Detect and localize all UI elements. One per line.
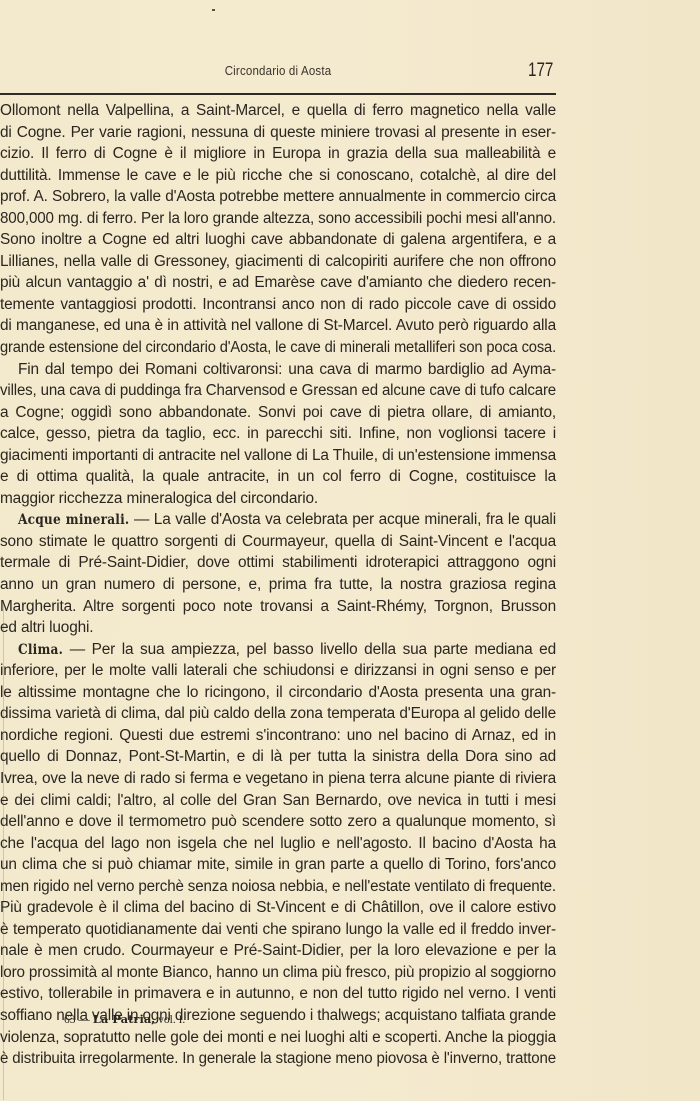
running-title: Circondario di Aosta — [22, 64, 534, 78]
scan-speck — [212, 9, 215, 11]
text-line: violenza, sopratutto nelle gole dei mont… — [0, 1027, 555, 1049]
text-run: — Per la sua ampiezza, pel basso livello… — [70, 641, 556, 658]
text-line: inferiore, per le molte valli laterali c… — [0, 660, 556, 682]
text-run: — La valle d'Aosta va celebrata per acqu… — [134, 511, 556, 528]
text-line: le altissime montagne che lo ricingono, … — [0, 682, 556, 704]
text-line: è temperato quotidianamente dai venti ch… — [0, 919, 556, 941]
text-line: duttilità. Immense le cave e le più ricc… — [0, 165, 556, 187]
paragraph-acque-minerali: Acque minerali. — La valle d'Aosta va ce… — [0, 509, 556, 531]
text-line: di manganese, ed una è in attività nel v… — [0, 315, 556, 337]
text-line: calce, gesso, pietra da taglio, ecc. in … — [0, 423, 556, 445]
text-line: giacimenti importanti di antracite nel v… — [0, 445, 556, 467]
text-line: prof. A. Sobrero, la valle d'Aosta potre… — [0, 186, 556, 208]
text-line: dissima varietà di clima, dal più caldo … — [0, 703, 556, 725]
text-line: temente vantaggiosi prodotti. Incontrans… — [0, 294, 556, 316]
paragraph-clima: Clima. — Per la sua ampiezza, pel basso … — [0, 639, 556, 661]
publication-title: La Patria, — [93, 1012, 156, 1026]
text-line: men rigido nel verno perchè senza noiosa… — [0, 876, 547, 898]
text-line: un clima che si può chiamar mite, simile… — [0, 854, 556, 876]
heading-acque-minerali: Acque minerali. — [18, 512, 129, 528]
text-line: anno un gran numero di persone, e, prima… — [0, 574, 556, 596]
text-line: e dei climi caldi; l'altro, al colle del… — [0, 790, 556, 812]
text-line: Ollomont nella Valpellina, a Saint-Marce… — [0, 100, 556, 122]
text-line: Sono inoltre a Cogne ed altri luoghi cav… — [0, 229, 556, 251]
page-number: 177 — [528, 60, 553, 82]
header-rule — [0, 93, 556, 95]
text-line: termale di Pré-Saint-Didier, dove ottimi… — [0, 552, 556, 574]
text-line: quello di Donnaz, Pont-St-Martin, e di l… — [0, 746, 556, 768]
text-line: nordiche regioni. Questi due estremi s'i… — [0, 725, 556, 747]
signature-number: 63 — — [64, 1014, 90, 1026]
paragraph-start: Fin dal tempo dei Romani coltivaronsi: u… — [0, 359, 556, 381]
text-line: nale è men crudo. Courmayeur e Pré-Saint… — [0, 940, 556, 962]
text-line: più alcun vantaggio a' dì nostri, e ad E… — [0, 272, 556, 294]
text-line: Ivrea, ove la neve di rado si ferma e ve… — [0, 768, 556, 790]
text-line: grande estensione del circondario d'Aost… — [0, 337, 531, 359]
text-line: a Cogne; oggidì sono abbandonate. Sonvi … — [0, 402, 556, 424]
text-line: di Cogne. Per varie ragioni, nessuna di … — [0, 122, 556, 144]
body-text: Ollomont nella Valpellina, a Saint-Marce… — [0, 100, 556, 1070]
text-line: Margherita. Altre sorgenti poco note tro… — [0, 596, 556, 618]
text-line: dell'anno e dove il termometro può scend… — [0, 811, 556, 833]
text-line: Lillianes, nella valle di Gressoney, gia… — [0, 251, 556, 273]
volume-label: vol. I. — [158, 1014, 185, 1026]
heading-clima: Clima. — [18, 642, 63, 658]
text-line: villes, una cava di puddinga fra Charven… — [0, 380, 543, 402]
page-header: Circondario di Aosta 177 — [0, 62, 556, 84]
text-line: estivo, tollerabile in primavera e in au… — [0, 983, 556, 1005]
text-line: maggior ricchezza mineralogica del circo… — [0, 488, 556, 510]
text-line: è distribuita irregolarmente. In general… — [0, 1048, 544, 1070]
text-line: che l'acqua del lago non isgela che nel … — [0, 833, 556, 855]
text-line: e di ottima qualità, la quale antracite,… — [0, 466, 556, 488]
book-page: Circondario di Aosta 177 Ollomont nella … — [0, 0, 700, 1101]
text-line: ed altri luoghi. — [0, 617, 556, 639]
text-line: sono stimate le quattro sorgenti di Cour… — [0, 531, 556, 553]
text-line: loro prossimità al monte Bianco, hanno u… — [0, 962, 551, 984]
text-line: cizio. Il ferro di Cogne è il migliore i… — [0, 143, 556, 165]
text-line: 800,000 mg. di ferro. Per la loro grande… — [0, 208, 548, 230]
signature-footer: 63 — La Patria, vol. I. — [64, 1012, 185, 1026]
text-line: Più gradevole è il clima del bacino di S… — [0, 897, 556, 919]
